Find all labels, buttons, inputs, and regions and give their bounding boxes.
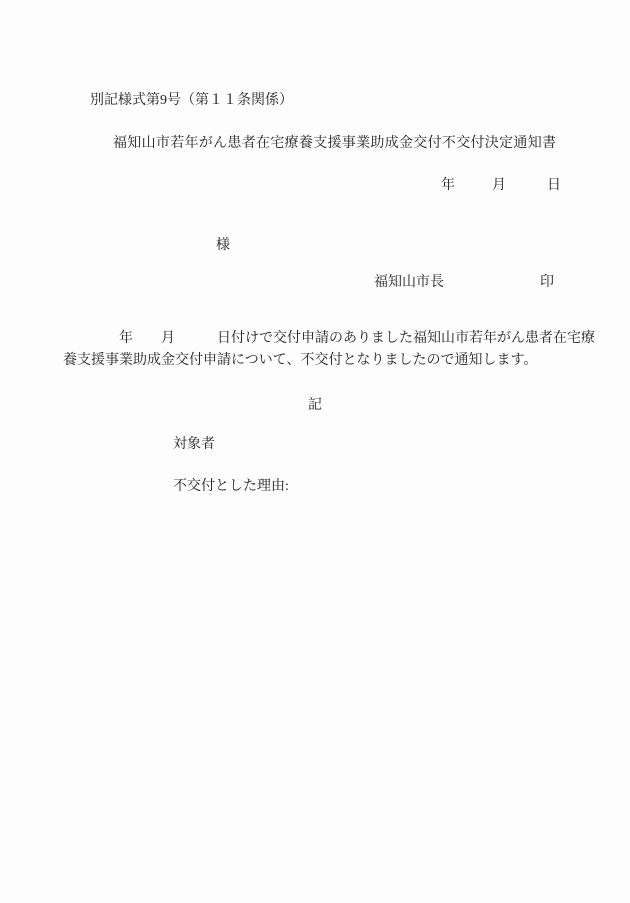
field-target-person-label: 対象者 <box>173 437 215 453</box>
section-marker: 記 <box>0 398 630 414</box>
date-month-label: 月 <box>492 178 506 194</box>
document-title: 福知山市若年がん患者在宅療養支援事業助成金交付不交付決定通知書 <box>113 136 556 152</box>
field-reason-label: 不交付とした理由: <box>173 479 289 495</box>
sender-title: 福知山市長 <box>374 275 444 291</box>
body-paragraph: 年 月 日付けで交付申請のありました福知山市若年がん患者在宅療 養支援事業助成金… <box>63 328 603 372</box>
document-page: 別記様式第9号（第１１条関係） 福知山市若年がん患者在宅療養支援事業助成金交付不… <box>0 0 630 903</box>
addressee-honorific: 様 <box>216 238 230 254</box>
date-year-label: 年 <box>441 178 455 194</box>
date-day-label: 日 <box>547 178 561 194</box>
form-number: 別記様式第9号（第１１条関係） <box>90 93 293 109</box>
sender-seal-mark: 印 <box>540 275 554 291</box>
